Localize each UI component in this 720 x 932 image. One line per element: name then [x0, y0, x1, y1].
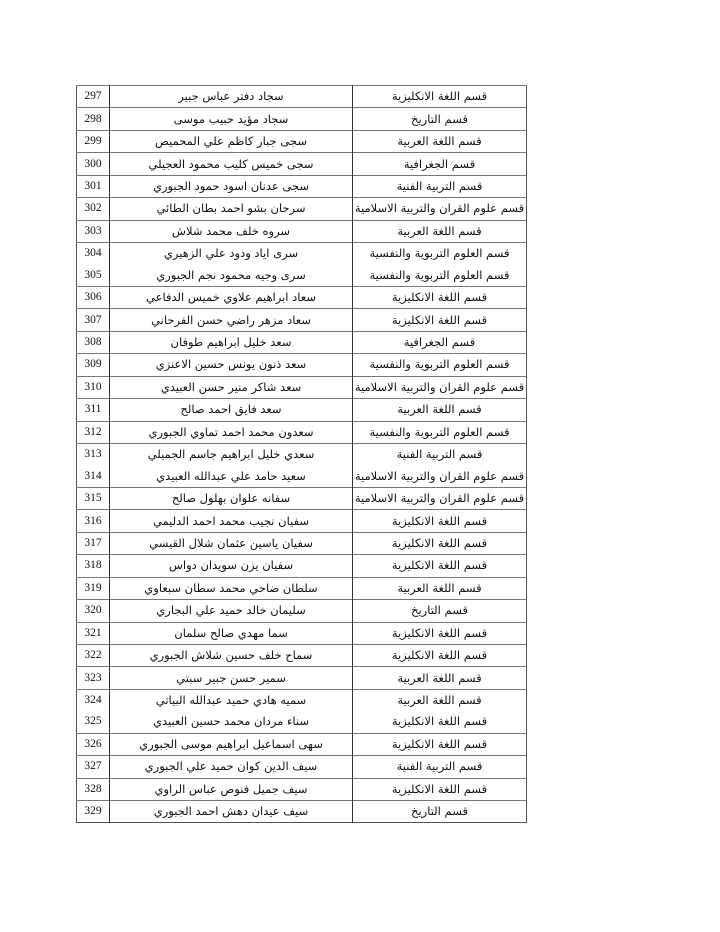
table-row: 327سيف الدين كوان حميد علي الجبوريقسم ال…: [77, 756, 527, 778]
table-row: 309سعد ذنون يونس حسين الاعنزيقسم العلوم …: [77, 354, 527, 376]
row-number-cell: 305: [77, 265, 110, 287]
student-name-cell: سهى اسماعيل ابراهيم موسى الجبوري: [110, 733, 353, 755]
row-number-cell: 314: [77, 465, 110, 487]
student-name-cell: سعاد ابراهيم علاوي خميس الدفاعي: [110, 286, 353, 308]
department-cell: قسم اللغة العربية: [353, 399, 527, 421]
row-number-cell: 309: [77, 354, 110, 376]
department-cell: قسم اللغة العربية: [353, 130, 527, 152]
department-cell: قسم اللغة العربية: [353, 577, 527, 599]
table-row: 306سعاد ابراهيم علاوي خميس الدفاعيقسم ال…: [77, 286, 527, 308]
student-name-cell: سروه خلف محمد شلاش: [110, 220, 353, 242]
student-name-cell: سفيان يزن سويدان دواس: [110, 555, 353, 577]
row-number-cell: 299: [77, 130, 110, 152]
table-row: 324سميه هادي حميد عبدالله البياتيقسم الل…: [77, 689, 527, 711]
table-row: 323سمير حسن جبير سبتيقسم اللغة العربية: [77, 667, 527, 689]
table-row: 326سهى اسماعيل ابراهيم موسى الجبوريقسم ا…: [77, 733, 527, 755]
department-cell: قسم اللغة العربية: [353, 689, 527, 711]
student-name-cell: سجاد دفتر عباس جبير: [110, 86, 353, 108]
student-name-cell: سجى خميس كليب محمود العجيلي: [110, 153, 353, 175]
table-row: 319سلطان ضاحي محمد سطان سبعاويقسم اللغة …: [77, 577, 527, 599]
department-cell: قسم اللغة الانكليزية: [353, 286, 527, 308]
row-number-cell: 312: [77, 421, 110, 443]
table-row: 300سجى خميس كليب محمود العجيليقسم الجغرا…: [77, 153, 527, 175]
department-cell: قسم علوم القران والتربية الاسلامية: [353, 487, 527, 509]
department-cell: قسم العلوم التربوية والنفسية: [353, 421, 527, 443]
student-name-cell: سجى عدنان اسود حمود الجبوري: [110, 175, 353, 197]
student-name-cell: سيف الدين كوان حميد علي الجبوري: [110, 756, 353, 778]
table-row: 320سليمان خالد حميد علي البجاريقسم التار…: [77, 600, 527, 622]
row-number-cell: 316: [77, 510, 110, 532]
student-name-cell: سفيان ياسين عثمان شلال القيسي: [110, 532, 353, 554]
student-name-cell: سليمان خالد حميد علي البجاري: [110, 600, 353, 622]
row-number-cell: 302: [77, 198, 110, 220]
row-number-cell: 320: [77, 600, 110, 622]
department-cell: قسم الجغرافية: [353, 153, 527, 175]
department-cell: قسم اللغة الانكليزية: [353, 309, 527, 331]
table-row: 311سعد فايق احمد صالحقسم اللغة العربية: [77, 399, 527, 421]
student-name-cell: سعاد مزهر راضي حسن الفرحاني: [110, 309, 353, 331]
row-number-cell: 313: [77, 444, 110, 466]
table-row: 305سرى وجيه محمود نجم الجبوريقسم العلوم …: [77, 265, 527, 287]
student-name-cell: سعد شاكر منير حسن العبيدي: [110, 376, 353, 398]
row-number-cell: 301: [77, 175, 110, 197]
department-cell: قسم اللغة الانكليزية: [353, 532, 527, 554]
student-name-cell: سعيد حامد علي عبدالله العبيدي: [110, 465, 353, 487]
table-row: 307سعاد مزهر راضي حسن الفرحانيقسم اللغة …: [77, 309, 527, 331]
student-name-cell: سماح خلف حسين شلاش الجبوري: [110, 644, 353, 666]
department-cell: قسم العلوم التربوية والنفسية: [353, 243, 527, 265]
department-cell: قسم التاريخ: [353, 600, 527, 622]
table-row: 329سيف عيدان دهش احمد الجبوريقسم التاريخ: [77, 801, 527, 823]
table-row: 308سعد خليل ابراهيم طوفانقسم الجغرافية: [77, 331, 527, 353]
department-cell: قسم الجغرافية: [353, 331, 527, 353]
student-name-cell: سميه هادي حميد عبدالله البياتي: [110, 689, 353, 711]
student-name-cell: سجى جبار كاظم علي المحميص: [110, 130, 353, 152]
student-name-cell: سناء مردان محمد حسين العبيدي: [110, 711, 353, 733]
department-cell: قسم علوم القران والتربية الاسلامية: [353, 198, 527, 220]
document-page: 297سجاد دفتر عباس جبيرقسم اللغة الانكليز…: [0, 0, 720, 932]
table-row: 298سجاد مؤيد حبيب موسىقسم التاريخ: [77, 108, 527, 130]
student-name-cell: سعد خليل ابراهيم طوفان: [110, 331, 353, 353]
row-number-cell: 317: [77, 532, 110, 554]
row-number-cell: 318: [77, 555, 110, 577]
table-row: 321سما مهدي صالح سلمانقسم اللغة الانكليز…: [77, 622, 527, 644]
student-name-cell: سلطان ضاحي محمد سطان سبعاوي: [110, 577, 353, 599]
department-cell: قسم اللغة الانكليزية: [353, 733, 527, 755]
row-number-cell: 321: [77, 622, 110, 644]
row-number-cell: 327: [77, 756, 110, 778]
table-row: 328سيف جميل فنوص عباس الراويقسم اللغة ال…: [77, 778, 527, 800]
department-cell: قسم اللغة الانكليزية: [353, 510, 527, 532]
department-cell: قسم اللغة الانكليزية: [353, 622, 527, 644]
row-number-cell: 298: [77, 108, 110, 130]
student-name-cell: سرحان بشو احمد بطان الطائي: [110, 198, 353, 220]
student-name-cell: سرى وجيه محمود نجم الجبوري: [110, 265, 353, 287]
row-number-cell: 323: [77, 667, 110, 689]
department-cell: قسم التاريخ: [353, 801, 527, 823]
row-number-cell: 319: [77, 577, 110, 599]
student-name-cell: سعد ذنون يونس حسين الاعنزي: [110, 354, 353, 376]
row-number-cell: 310: [77, 376, 110, 398]
department-cell: قسم اللغة الانكليزية: [353, 86, 527, 108]
department-cell: قسم اللغة الانكليزية: [353, 644, 527, 666]
student-name-cell: سيف عيدان دهش احمد الجبوري: [110, 801, 353, 823]
department-cell: قسم اللغة الانكليزية: [353, 778, 527, 800]
table-row: 313سعدي خليل ابراهيم جاسم الجميليقسم الت…: [77, 444, 527, 466]
student-name-cell: سعد فايق احمد صالح: [110, 399, 353, 421]
department-cell: قسم اللغة العربية: [353, 667, 527, 689]
row-number-cell: 306: [77, 286, 110, 308]
student-name-cell: سجاد مؤيد حبيب موسى: [110, 108, 353, 130]
table-row: 314سعيد حامد علي عبدالله العبيديقسم علوم…: [77, 465, 527, 487]
table-row: 315سفانه علوان بهلول صالحقسم علوم القران…: [77, 487, 527, 509]
department-cell: قسم اللغة العربية: [353, 220, 527, 242]
row-number-cell: 297: [77, 86, 110, 108]
table-row: 325سناء مردان محمد حسين العبيديقسم اللغة…: [77, 711, 527, 733]
department-cell: قسم علوم القران والتربية الاسلامية: [353, 376, 527, 398]
row-number-cell: 307: [77, 309, 110, 331]
roster-body: 297سجاد دفتر عباس جبيرقسم اللغة الانكليز…: [77, 86, 527, 823]
row-number-cell: 322: [77, 644, 110, 666]
table-row: 303سروه خلف محمد شلاشقسم اللغة العربية: [77, 220, 527, 242]
department-cell: قسم العلوم التربوية والنفسية: [353, 354, 527, 376]
row-number-cell: 308: [77, 331, 110, 353]
department-cell: قسم التاريخ: [353, 108, 527, 130]
row-number-cell: 315: [77, 487, 110, 509]
table-row: 316سفيان نجيب محمد احمد الدليميقسم اللغة…: [77, 510, 527, 532]
table-row: 297سجاد دفتر عباس جبيرقسم اللغة الانكليز…: [77, 86, 527, 108]
department-cell: قسم التربية الفنية: [353, 444, 527, 466]
department-cell: قسم اللغة الانكليزية: [353, 711, 527, 733]
student-roster-table: 297سجاد دفتر عباس جبيرقسم اللغة الانكليز…: [76, 85, 527, 823]
table-row: 301سجى عدنان اسود حمود الجبوريقسم التربي…: [77, 175, 527, 197]
table-row: 310سعد شاكر منير حسن العبيديقسم علوم الق…: [77, 376, 527, 398]
row-number-cell: 325: [77, 711, 110, 733]
row-number-cell: 329: [77, 801, 110, 823]
student-name-cell: سمير حسن جبير سبتي: [110, 667, 353, 689]
row-number-cell: 328: [77, 778, 110, 800]
table-row: 317سفيان ياسين عثمان شلال القيسيقسم اللغ…: [77, 532, 527, 554]
student-name-cell: سرى اياد ودود علي الزهيري: [110, 243, 353, 265]
department-cell: قسم العلوم التربوية والنفسية: [353, 265, 527, 287]
department-cell: قسم التربية الفنية: [353, 175, 527, 197]
row-number-cell: 304: [77, 243, 110, 265]
student-name-cell: سفانه علوان بهلول صالح: [110, 487, 353, 509]
department-cell: قسم علوم القران والتربية الاسلامية: [353, 465, 527, 487]
student-name-cell: سيف جميل فنوص عباس الراوي: [110, 778, 353, 800]
table-row: 312سعدون محمد احمد تماوي الجبوريقسم العل…: [77, 421, 527, 443]
row-number-cell: 324: [77, 689, 110, 711]
student-name-cell: سعدون محمد احمد تماوي الجبوري: [110, 421, 353, 443]
table-row: 322سماح خلف حسين شلاش الجبوريقسم اللغة ا…: [77, 644, 527, 666]
table-row: 304سرى اياد ودود علي الزهيريقسم العلوم ا…: [77, 243, 527, 265]
table-row: 318سفيان يزن سويدان دواسقسم اللغة الانكل…: [77, 555, 527, 577]
department-cell: قسم التربية الفنية: [353, 756, 527, 778]
student-name-cell: سفيان نجيب محمد احمد الدليمي: [110, 510, 353, 532]
table-row: 299سجى جبار كاظم علي المحميصقسم اللغة ال…: [77, 130, 527, 152]
student-name-cell: سعدي خليل ابراهيم جاسم الجميلي: [110, 444, 353, 466]
department-cell: قسم اللغة الانكليزية: [353, 555, 527, 577]
row-number-cell: 326: [77, 733, 110, 755]
row-number-cell: 311: [77, 399, 110, 421]
table-row: 302سرحان بشو احمد بطان الطائيقسم علوم ال…: [77, 198, 527, 220]
student-name-cell: سما مهدي صالح سلمان: [110, 622, 353, 644]
row-number-cell: 303: [77, 220, 110, 242]
row-number-cell: 300: [77, 153, 110, 175]
